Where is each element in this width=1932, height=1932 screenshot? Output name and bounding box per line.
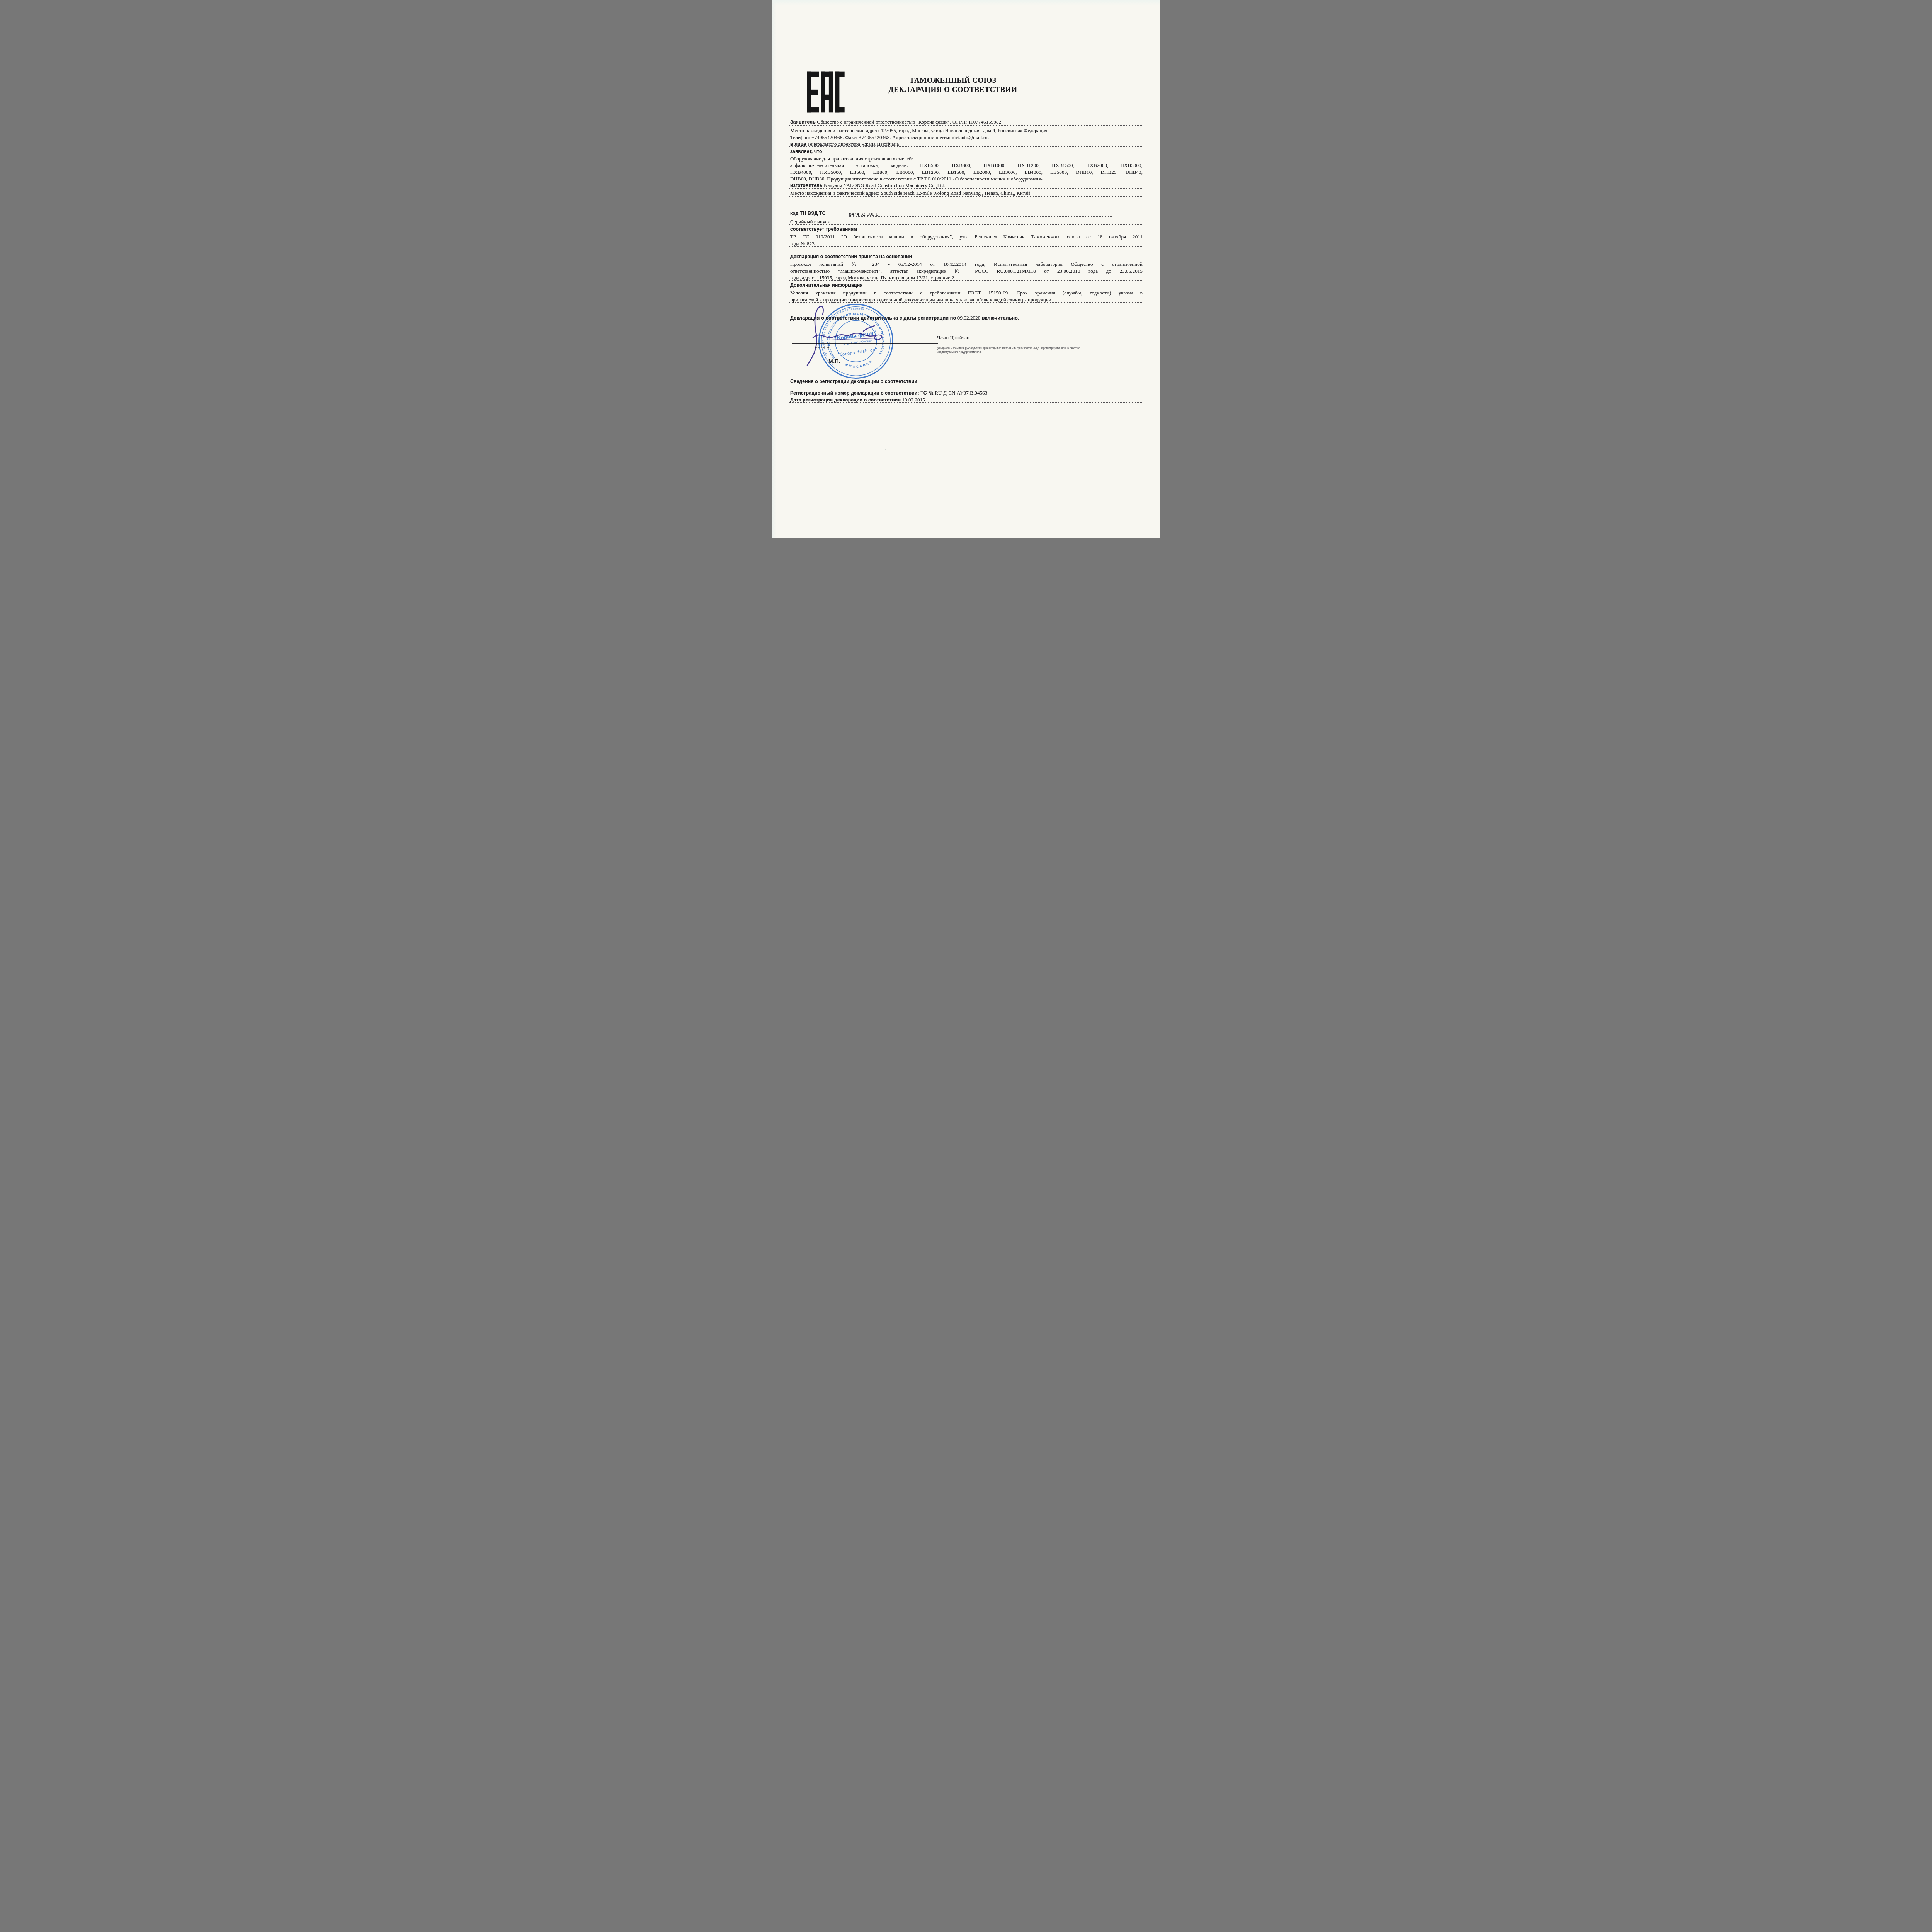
dotted-rule bbox=[789, 402, 1143, 403]
models-line-3: DHB60, DHB80. Продукция изготовлена в со… bbox=[790, 175, 1143, 182]
registration-date-value: 10.02.2015 bbox=[902, 397, 925, 403]
scanned-declaration-page: ТАМОЖЕННЫЙ СОЮЗ ДЕКЛАРАЦИЯ О СООТВЕТСТВИ… bbox=[772, 0, 1160, 538]
title-line-1: ТАМОЖЕННЫЙ СОЮЗ bbox=[864, 76, 1042, 85]
applicant-label: Заявитель bbox=[790, 119, 816, 125]
registration-number-value: RU Д-CN.АУ37.В.04563 bbox=[935, 390, 987, 396]
dotted-rule bbox=[789, 224, 1143, 225]
tnved-label: код ТН ВЭД ТС bbox=[790, 211, 825, 216]
dotted-rule bbox=[849, 216, 1112, 217]
document-title: ТАМОЖЕННЫЙ СОЮЗ ДЕКЛАРАЦИЯ О СООТВЕТСТВИ… bbox=[864, 76, 1042, 94]
dotted-rule bbox=[789, 280, 1143, 281]
scan-speck bbox=[885, 449, 886, 450]
name-caption-line-1: (инициалы и фамилия руководителя организ… bbox=[937, 347, 1111, 350]
applicant-text: Общество с ограниченной ответственностью… bbox=[817, 119, 1002, 125]
basis-line-2: ответственностью "Машпромэксперт", аттес… bbox=[790, 268, 1143, 275]
complies-line-1: ТР ТС 010/2011 "О безопасности машин и о… bbox=[790, 233, 1143, 240]
registration-number-label: Регистрационный номер декларации о соотв… bbox=[790, 390, 934, 396]
declares-label: заявляет, что bbox=[790, 149, 822, 154]
dotted-rule bbox=[789, 188, 1143, 189]
applicant-address: Место нахождения и фактический адрес: 12… bbox=[790, 127, 1143, 134]
scan-speck bbox=[971, 30, 971, 32]
applicant-contacts: Телефон: +74955420468. Факс: +7495542046… bbox=[790, 134, 1143, 141]
name-caption: (инициалы и фамилия руководителя организ… bbox=[937, 347, 1111, 354]
in-person-label: в лице bbox=[790, 141, 806, 147]
validity-date: 09.02.2020 bbox=[957, 315, 981, 321]
dotted-rule bbox=[789, 196, 1143, 197]
in-person-text: Генерального директора Чжана Цзюйчана bbox=[808, 141, 899, 147]
manufacturer-text: Nanyang YALONG Road Construction Machine… bbox=[824, 182, 946, 188]
title-line-2: ДЕКЛАРАЦИЯ О СООТВЕТСТВИИ bbox=[864, 85, 1042, 95]
basis-label: Декларация о соответствии принята на осн… bbox=[790, 254, 912, 259]
validity-suffix: включительно. bbox=[982, 315, 1019, 321]
dotted-rule bbox=[789, 125, 1143, 126]
registration-info-label: Сведения о регистрации декларации о соот… bbox=[790, 379, 919, 384]
dotted-rule bbox=[789, 146, 1143, 147]
manufacturer-label: изготовитель bbox=[790, 183, 823, 188]
models-line-2: HXB4000, HXB5000, LB500, LB800, LB1000, … bbox=[790, 169, 1143, 176]
dotted-rule bbox=[789, 246, 1143, 247]
complies-label: соответствует требованиям bbox=[790, 226, 857, 232]
models-line-1: асфальтно-смесительная установка, модели… bbox=[790, 162, 1143, 169]
product-line: Оборудование для приготовления строитель… bbox=[790, 155, 1143, 162]
registration-number-line: Регистрационный номер декларации о соотв… bbox=[790, 389, 1143, 397]
scan-speck bbox=[934, 10, 934, 12]
basis-line-1: Протокол испытаний № 234 - 65/12-2014 от… bbox=[790, 261, 1143, 268]
manufacturer-address: Место нахождения и фактический адрес: So… bbox=[790, 190, 1143, 197]
name-caption-line-2: индивидуального предпринимателя) bbox=[937, 350, 1111, 354]
handwritten-signature bbox=[784, 292, 954, 374]
registration-date-label: Дата регистрации декларации о соответств… bbox=[790, 397, 901, 403]
eac-logo bbox=[806, 70, 846, 114]
additional-label: Дополнительная информация bbox=[790, 282, 863, 288]
